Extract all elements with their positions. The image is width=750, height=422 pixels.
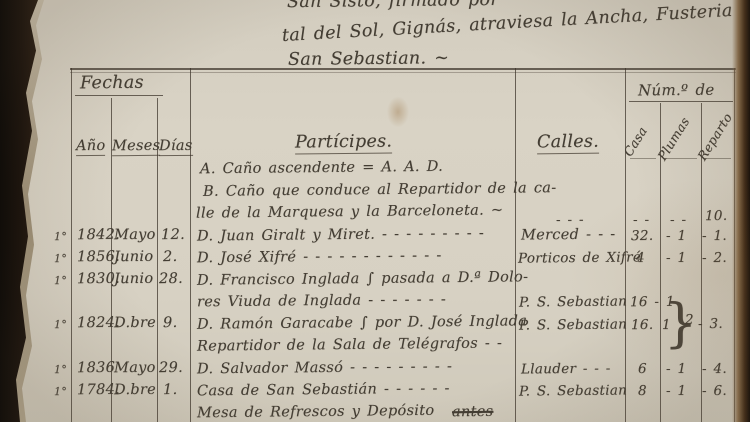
cell-calle: Llauder - - - bbox=[521, 361, 611, 378]
cell-participe: D. José Xifré - - - - - - - - - - - - bbox=[197, 248, 442, 267]
cell-participe: D. Francisco Inglada ∫ pasada a D.ª Dolo… bbox=[197, 269, 528, 288]
cell-mes: Mayo bbox=[114, 227, 156, 243]
cell-casa: 4 bbox=[636, 250, 645, 266]
cell-reparto: - 1. bbox=[702, 228, 727, 244]
header-calles: Calles. bbox=[537, 132, 599, 155]
cell-participe-line2: res Viuda de Inglada - - - - - - - bbox=[197, 292, 446, 311]
numero-de-underline bbox=[629, 101, 733, 102]
note-b-leader: - - bbox=[633, 212, 649, 228]
page-right-edge bbox=[732, 0, 750, 422]
cell-participe-line2: Repartidor de la Sala de Telégrafos - - bbox=[197, 335, 502, 354]
cell-dia: 9. bbox=[163, 315, 178, 331]
cell-reparto: - 2. bbox=[702, 250, 727, 266]
cell-plumas: - 1 bbox=[666, 228, 687, 244]
cell-dia: 2. bbox=[163, 249, 178, 265]
note-b-line2: lle de la Marquesa y la Barceloneta. ~ bbox=[196, 202, 503, 221]
cell-mes: D.bre bbox=[114, 315, 156, 331]
cell-participe: D. Ramón Garacabe ∫ por D. José Inglada bbox=[197, 313, 527, 332]
cell-dia: 29. bbox=[159, 360, 183, 376]
row-mark: 1° bbox=[54, 274, 67, 287]
cell-casa: 8 bbox=[638, 383, 647, 399]
note-b-reparto: 10. bbox=[705, 208, 728, 224]
row-mark: 1° bbox=[54, 363, 67, 376]
note-b-leader: - - - bbox=[556, 212, 584, 228]
manuscript-page: San Sisto, firmado por tal del Sol, Gign… bbox=[0, 0, 750, 422]
casa-underline bbox=[630, 158, 656, 159]
header-participes: Partícipes. bbox=[295, 131, 392, 154]
cell-total-plumas: 2 bbox=[685, 312, 694, 328]
divider-calles-casa bbox=[625, 68, 626, 422]
header-fechas: Fechas bbox=[80, 73, 144, 94]
heading-line-3: San Sebastian. ~ bbox=[288, 48, 449, 70]
cell-mes: Junio bbox=[114, 249, 154, 265]
cell-plumas: - 1 bbox=[666, 383, 687, 399]
header-numero-de: Núm.º de bbox=[638, 81, 715, 100]
cell-participe: Mesa de Refrescos y Depósito bbox=[197, 403, 435, 421]
cell-casa: 32. bbox=[631, 228, 654, 244]
cell-casa: 16. bbox=[631, 317, 654, 333]
note-a: A. Caño ascendente = A. A. D. bbox=[200, 159, 443, 178]
cell-participe: Casa de San Sebastián - - - - - - bbox=[197, 381, 450, 400]
table-top-border-inner bbox=[70, 72, 736, 73]
cell-dia: 12. bbox=[161, 227, 185, 243]
row-mark: 1° bbox=[54, 252, 67, 265]
cell-dia: 28. bbox=[159, 271, 183, 287]
cell-casa: 6 bbox=[638, 361, 647, 377]
cell-calle: Merced - - - bbox=[521, 227, 616, 244]
cell-calle: P. S. Sebastian bbox=[519, 316, 627, 333]
cell-calle: P. S. Sebastian bbox=[519, 293, 627, 310]
row-mark: 1° bbox=[54, 385, 67, 398]
cell-mes: Mayo bbox=[114, 360, 156, 376]
heading-line-1: San Sisto, firmado por bbox=[287, 0, 499, 12]
cell-ano: 1836 bbox=[77, 360, 115, 376]
fechas-underline bbox=[75, 95, 163, 96]
header-ano: Año bbox=[76, 138, 106, 156]
table-left-border bbox=[71, 68, 72, 422]
cell-mes: D.bre bbox=[114, 382, 156, 398]
cell-plumas: - 1 bbox=[666, 361, 687, 377]
cell-participe: D. Salvador Massó - - - - - - - - - bbox=[197, 359, 452, 378]
row-mark: 1° bbox=[54, 318, 67, 331]
cell-mes: Junio bbox=[114, 271, 154, 287]
divider-dias-participes bbox=[190, 68, 191, 422]
cell-dia: 1. bbox=[163, 382, 178, 398]
header-dias: Días bbox=[159, 138, 193, 156]
note-b-line1: B. Caño que conduce al Repartidor de la … bbox=[203, 180, 557, 200]
cell-reparto: - 3. bbox=[698, 316, 723, 332]
row-mark: 1° bbox=[54, 230, 67, 243]
struck-word: antes bbox=[452, 404, 494, 420]
cell-participe: D. Juan Giralt y Miret. - - - - - - - - … bbox=[197, 225, 484, 244]
note-b-leader: - - bbox=[670, 212, 686, 228]
cell-calle: Porticos de Xifré bbox=[518, 249, 641, 266]
cell-calle: P. S. Sebastian bbox=[519, 382, 627, 399]
cell-plumas: - 1 bbox=[666, 250, 687, 266]
cell-reparto: - 4. bbox=[702, 361, 727, 377]
divider-participes-calles bbox=[515, 68, 516, 422]
header-meses: Meses bbox=[112, 138, 161, 157]
cell-reparto: - 6. bbox=[702, 383, 727, 399]
